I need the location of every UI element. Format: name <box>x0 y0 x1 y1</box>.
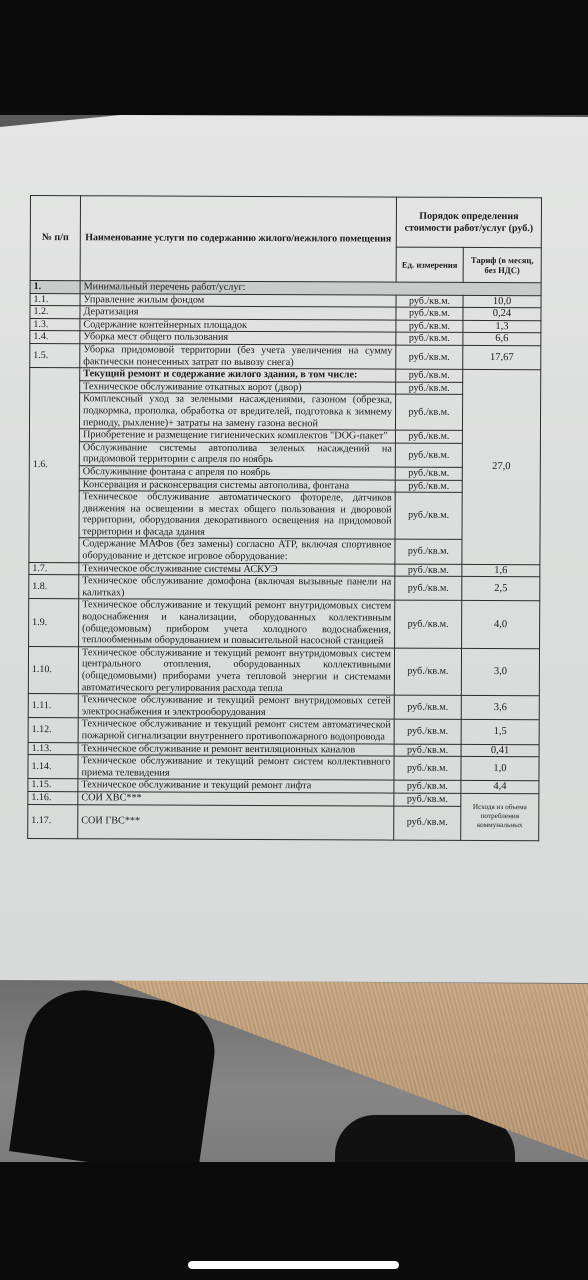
row-unit: руб./кв.м. <box>394 695 461 719</box>
photo-viewport: № п/п Наименование услуги по содержанию … <box>0 115 588 1162</box>
row-service-name: Техническое обслуживание системы АСКУЭ <box>79 562 395 576</box>
row-service-name: Дератизация <box>80 306 396 320</box>
row-tariff: 1,3 <box>463 320 541 333</box>
row-tariff: 1,0 <box>461 757 539 782</box>
row-service-name: Техническое обслуживание и ремонт вентил… <box>78 742 394 756</box>
row-service-name: Техническое обслуживание и текущий ремон… <box>78 694 394 720</box>
table-row: 1.10.Техническое обслуживание и текущий … <box>28 646 539 696</box>
row-unit: руб./кв.м. <box>394 780 461 793</box>
row-service-name: Техническое обслуживание автоматического… <box>79 491 395 540</box>
row-tariff: 3,0 <box>461 648 539 696</box>
row-unit: руб./кв.м. <box>395 480 462 493</box>
row-num: 1.2. <box>30 306 80 319</box>
row-unit: руб./кв.м. <box>395 564 462 577</box>
row-unit: руб./кв.м. <box>394 648 461 696</box>
row-service-name: Техническое обслуживание и текущий ремон… <box>78 718 394 744</box>
row-tariff: 0,41 <box>461 744 539 757</box>
row-service-name: Уборка мест общего пользования <box>80 331 396 345</box>
row-tariff: 0,24 <box>463 308 541 321</box>
row-num: 1.16. <box>28 791 78 804</box>
row-unit: руб./кв.м. <box>394 793 461 806</box>
row-service-name: Техническое обслуживание и текущий ремон… <box>78 755 394 781</box>
row-unit: руб./кв.м. <box>395 601 462 649</box>
row-service-name: СОИ ХВС*** <box>78 792 394 806</box>
row-unit: руб./кв.м. <box>394 719 461 743</box>
row-num: 1.10. <box>28 646 78 694</box>
row-num: 1.6. <box>29 368 80 563</box>
row-tariff: 2,5 <box>462 577 540 602</box>
row-unit: руб./кв.м. <box>394 806 461 840</box>
header-num: № п/п <box>30 196 80 281</box>
row-num: 1.15. <box>28 779 78 792</box>
row-service-name: Обслуживание системы автополива зеленых … <box>79 441 395 467</box>
row-tariff: 1,6 <box>462 564 540 577</box>
row-num: 1.11. <box>28 694 78 718</box>
row-tariff: 4,4 <box>461 781 539 794</box>
table-row: 1.8.Техническое обслуживание домофона (в… <box>29 575 540 601</box>
row-unit: руб./кв.м. <box>395 443 462 467</box>
row-num: 1.17. <box>28 804 78 838</box>
row-num: 1.7. <box>29 562 79 575</box>
tariff-table-body: 1. Минимальный перечень работ/услуг: 1.1… <box>28 281 541 841</box>
row-unit: руб./кв.м. <box>394 744 461 757</box>
header-tariff: Тариф (в месяц, без НДС) <box>463 247 541 282</box>
row-unit: руб./кв.м. <box>395 394 462 430</box>
row-unit: руб./кв.м. <box>396 382 463 395</box>
row-unit: руб./кв.м. <box>396 320 463 333</box>
row-unit: руб./кв.м. <box>396 332 463 345</box>
row-service-name: Управление жилым фондом <box>80 293 396 307</box>
paper-sheet: № п/п Наименование услуги по содержанию … <box>0 115 588 983</box>
row-tariff-note: Исходя из объема потребления коммунальны… <box>461 793 539 840</box>
header-cost-group: Порядок определения стоимости работ/услу… <box>396 197 541 248</box>
table-row: 1.12.Техническое обслуживание и текущий … <box>28 718 539 744</box>
row-unit: руб./кв.м. <box>396 345 463 369</box>
row-service-name: Содержание МАФов (без замены) согласно А… <box>79 538 395 564</box>
row-unit: руб./кв.м. <box>396 369 463 382</box>
row-tariff: 10,0 <box>463 295 541 308</box>
row-service-name: Техническое обслуживание и текущий ремон… <box>79 599 395 648</box>
row-service-name: Текущий ремонт и содержание жилого здани… <box>80 368 396 382</box>
table-row: 1.14.Техническое обслуживание и текущий … <box>28 755 539 781</box>
row-service-name: Техническое обслуживание откатных ворот … <box>80 380 396 394</box>
row-unit: руб./кв.м. <box>395 430 462 443</box>
row-tariff: 6,6 <box>463 333 541 346</box>
row-service-name: Консервация и расконсервация системы авт… <box>79 478 395 492</box>
row-service-name: СОИ ГВС*** <box>78 804 394 839</box>
row-service-name: Уборка придомовой территории (без учета … <box>80 344 396 370</box>
section-num: 1. <box>30 281 80 294</box>
row-num: 1.12. <box>28 718 78 742</box>
row-tariff: 3,6 <box>461 696 539 721</box>
row-service-name: Техническое обслуживание домофона (включ… <box>79 575 395 601</box>
row-num: 1.8. <box>29 575 79 599</box>
row-service-name: Содержание контейнерных площадок <box>80 319 396 333</box>
row-unit: руб./кв.м. <box>396 307 463 320</box>
row-unit: руб./кв.м. <box>395 492 462 540</box>
row-unit: руб./кв.м. <box>395 467 462 480</box>
row-num: 1.5. <box>30 343 80 367</box>
row-service-name: Техническое обслуживание и текущий ремон… <box>78 779 394 793</box>
table-row: 1.11.Техническое обслуживание и текущий … <box>28 694 539 720</box>
row-unit: руб./кв.м. <box>395 540 462 564</box>
row-unit: руб./кв.м. <box>396 295 463 308</box>
row-tariff: 17,67 <box>463 345 541 370</box>
row-unit: руб./кв.м. <box>394 756 461 780</box>
row-num: 1.4. <box>30 331 80 344</box>
row-service-name: Техническое обслуживание и текущий ремон… <box>78 647 394 696</box>
table-row: 1.9.Техническое обслуживание и текущий р… <box>29 599 540 649</box>
row-num: 1.3. <box>30 318 80 331</box>
row-tariff: 27,0 <box>462 370 541 565</box>
row-service-name: Комплексный уход за зелеными насаждениям… <box>79 393 395 430</box>
header-unit: Ед. измерения <box>396 247 463 282</box>
row-tariff: 4,0 <box>462 601 540 649</box>
row-num: 1.9. <box>29 599 79 647</box>
row-num: 1.13. <box>28 742 78 755</box>
row-service-name: Приобретение и размещение гигиенических … <box>79 429 395 443</box>
row-num: 1.14. <box>28 755 78 779</box>
tariff-table: № п/п Наименование услуги по содержанию … <box>27 195 542 841</box>
row-service-name: Обслуживание фонтана с апреля по ноябрь <box>79 466 395 480</box>
header-service-name: Наименование услуги по содержанию жилого… <box>80 196 396 282</box>
row-tariff: 1,5 <box>461 720 539 745</box>
home-indicator[interactable] <box>188 1261 399 1269</box>
tariff-document: № п/п Наименование услуги по содержанию … <box>27 195 541 841</box>
row-unit: руб./кв.м. <box>395 576 462 600</box>
table-row: 1.5.Уборка придомовой территории (без уч… <box>30 343 541 369</box>
row-num: 1.1. <box>30 293 80 306</box>
